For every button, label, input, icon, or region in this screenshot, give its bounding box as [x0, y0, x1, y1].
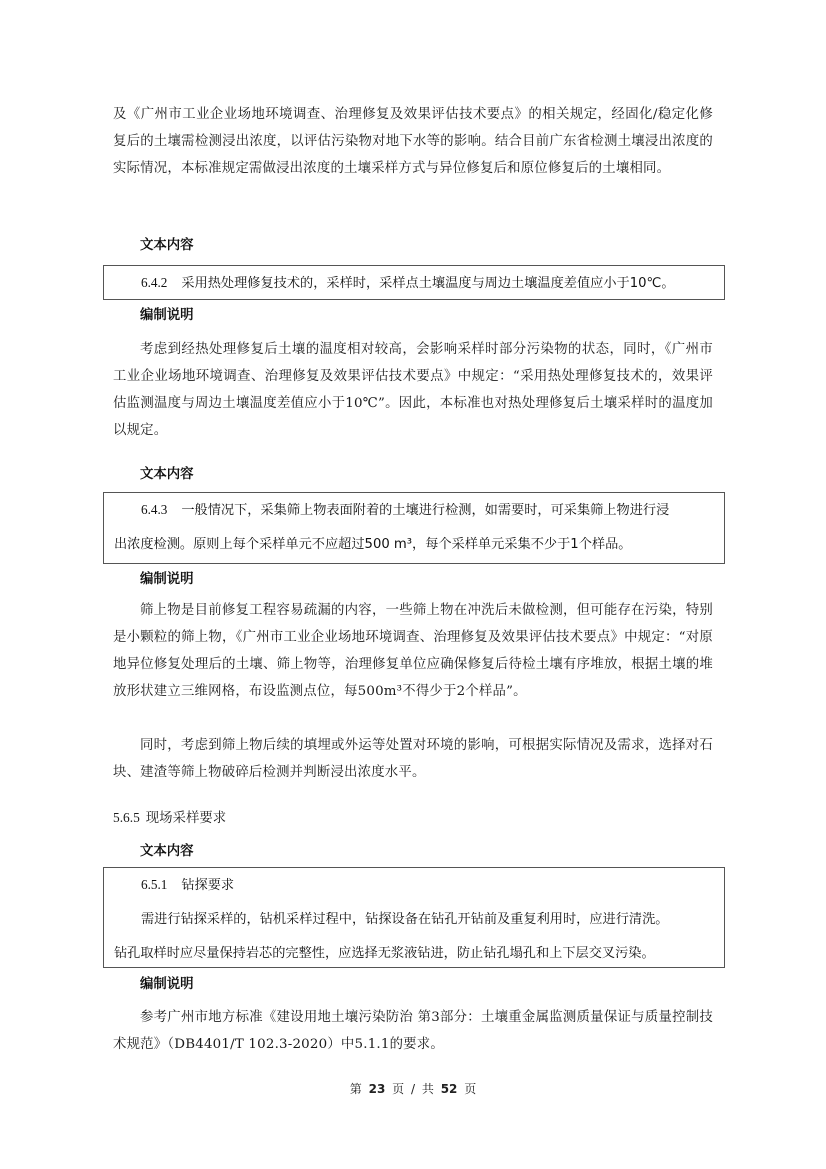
- explanation-label: 编制说明: [140, 976, 194, 994]
- footer-page-word: 页: [392, 1082, 404, 1096]
- page-footer: 第 23 页 / 共 52 页: [0, 1080, 826, 1097]
- clause-text: 采用热处理修复技术的，采样时，采样点土壤温度与周边土壤温度差值应小于10℃。: [181, 276, 674, 291]
- content-label: 文本内容: [140, 843, 194, 861]
- clause-line: 6.4.2采用热处理修复技术的，采样时，采样点土壤温度与周边土壤温度差值应小于1…: [114, 266, 714, 300]
- clause-line: 钻孔取样时应尽量保持岩芯的完整性，应选择无浆液钻进，防止钻孔塌孔和上下层交叉污染…: [114, 937, 714, 971]
- clause-number: 6.4.3: [141, 502, 167, 517]
- explanation-paragraph: 筛上物是目前修复工程容易疏漏的内容，一些筛上物在冲洗后未做检测，但可能存在污染，…: [113, 597, 713, 705]
- explanation-paragraph: 考虑到经热处理修复后土壤的温度相对较高，会影响采样时部分污染物的状态，同时，《广…: [113, 336, 713, 444]
- explanation-paragraph: 参考广州市地方标准《建设用地土壤污染防治 第3部分：土壤重金属监测质量保证与质量…: [113, 1004, 713, 1058]
- clause-number: 6.5.1: [141, 877, 167, 892]
- footer-suffix: 页: [464, 1082, 476, 1096]
- clause-heading-line: 6.5.1钻探要求: [114, 868, 714, 903]
- content-label: 文本内容: [140, 237, 194, 255]
- document-page: 及《广州市工业企业场地环境调查、治理修复及效果评估技术要点》的相关规定，经固化/…: [0, 0, 826, 1169]
- clause-number: 6.4.2: [141, 275, 167, 290]
- clause-box-6-4-3: 6.4.3一般情况下，采集筛上物表面附着的土壤进行检测，如需要时，可采集筛上物进…: [103, 492, 725, 564]
- clause-box-6-5-1: 6.5.1钻探要求 需进行钻探采样的，钻机采样过程中，钻探设备在钻孔开钻前及重复…: [103, 867, 725, 968]
- footer-total-prefix: 共: [422, 1082, 434, 1096]
- clause-line: 需进行钻探采样的，钻机采样过程中，钻探设备在钻孔开钻前及重复利用时，应进行清洗。: [114, 903, 714, 937]
- clause-line: 6.4.3一般情况下，采集筛上物表面附着的土壤进行检测，如需要时，可采集筛上物进…: [114, 493, 714, 528]
- section-heading: 5.6.5现场采样要求: [113, 809, 226, 828]
- content-label: 文本内容: [140, 466, 194, 484]
- current-page-number: 23: [369, 1082, 386, 1096]
- section-number: 5.6.5: [113, 810, 140, 825]
- clause-title: 钻探要求: [181, 878, 234, 893]
- intro-paragraph: 及《广州市工业企业场地环境调查、治理修复及效果评估技术要点》的相关规定，经固化/…: [113, 101, 713, 182]
- explanation-paragraph: 同时，考虑到筛上物后续的填埋或外运等处置对环境的影响，可根据实际情况及需求，选择…: [113, 732, 713, 786]
- explanation-label: 编制说明: [140, 571, 194, 589]
- total-pages-number: 52: [441, 1082, 458, 1096]
- clause-box-6-4-2: 6.4.2采用热处理修复技术的，采样时，采样点土壤温度与周边土壤温度差值应小于1…: [103, 265, 725, 300]
- explanation-label: 编制说明: [140, 307, 194, 325]
- clause-text: 一般情况下，采集筛上物表面附着的土壤进行检测，如需要时，可采集筛上物进行浸: [181, 503, 669, 518]
- footer-separator: /: [411, 1082, 415, 1096]
- section-title: 现场采样要求: [146, 811, 226, 826]
- clause-line: 出浓度检测。原则上每个采样单元不应超过500 m³，每个采样单元采集不少于1个样…: [114, 528, 714, 562]
- footer-prefix: 第: [350, 1082, 362, 1096]
